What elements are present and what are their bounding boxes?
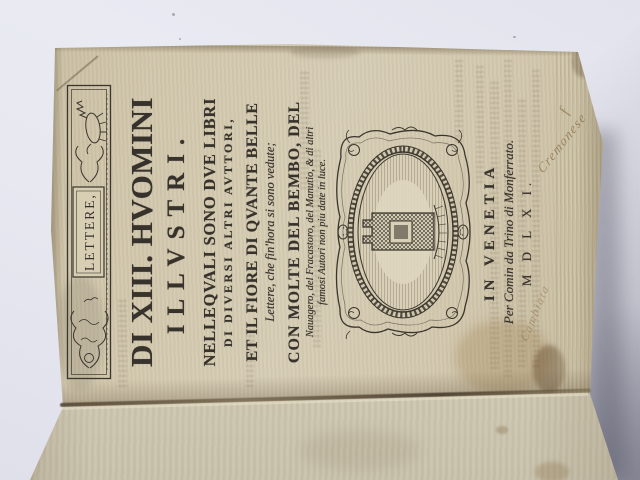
banner-label: LETTERE, (82, 193, 97, 271)
printer-device-engraving (332, 125, 474, 340)
printer-device-woodcut (332, 125, 474, 340)
subtitle-line-4: Lettere, che fin'hora si sono vedute; (263, 62, 277, 402)
title-line-1: DI XIII. HVOMINI (122, 62, 162, 402)
subtitle-line-2: DI DIVERSI ALTRI AVTTORI, (221, 62, 235, 402)
photo-scene: LETTERE, DI XIII. HVOMINI ILLVSTRI. NELL… (0, 0, 640, 480)
title-line-2: ILLVSTRI. (162, 62, 192, 402)
subtitle-line-6: Nauagero, del Fracastoro, del Manutio, &… (305, 62, 317, 402)
imprint-printer: Per Comin da Trino di Monferrato. (501, 62, 517, 402)
dust-speck (172, 13, 175, 16)
lettere-banner-woodcut: LETTERE, (66, 84, 112, 380)
title-page-text-block: LETTERE, DI XIII. HVOMINI ILLVSTRI. NELL… (60, 62, 557, 402)
cover-stain (535, 462, 569, 480)
subtitle-line-3: ET IL FIORE DI QVANTE BELLE (244, 62, 262, 402)
subtitle-line-5: CON MOLTE DEL BEMBO, DEL (286, 62, 304, 402)
banner-ornament-woodcut: LETTERE, (66, 84, 112, 380)
subtitle-line-7: famosi Autori non piu date in luce. (317, 62, 329, 402)
mask-icon (458, 226, 468, 240)
imprint-place: IN VENETIA (481, 62, 499, 402)
stag-antlers-icon (77, 101, 87, 118)
subtitle-line-1: NELLEQVALI SONO DVE LIBRI (200, 62, 219, 402)
dust-speck (179, 38, 181, 40)
imprint-year: M D L X I. (519, 62, 535, 402)
cover-stain (496, 426, 508, 434)
dust-speck (513, 36, 516, 38)
cover-stain (300, 430, 420, 470)
